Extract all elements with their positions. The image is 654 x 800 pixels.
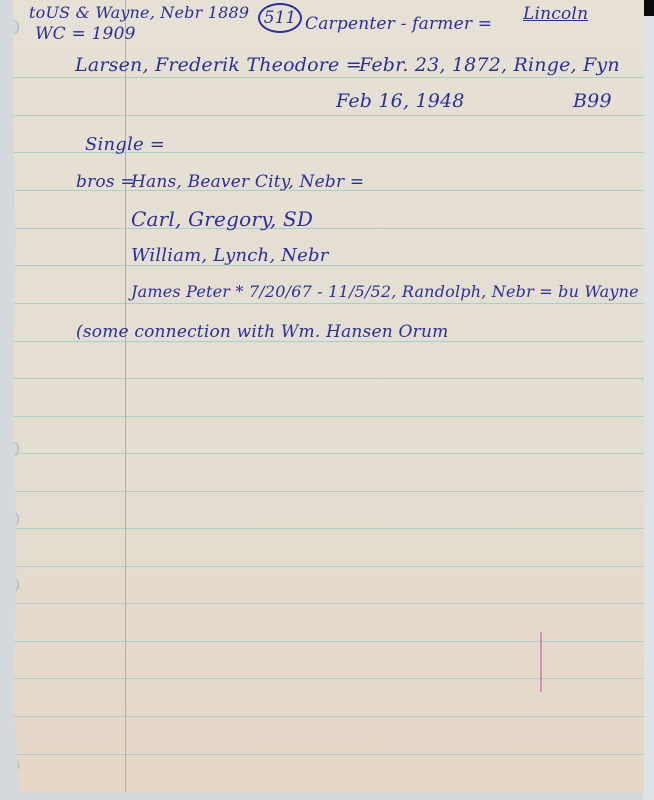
rule-line xyxy=(13,77,644,78)
record-number-circle: 511 xyxy=(258,3,302,33)
rule-line xyxy=(13,528,644,529)
death-date: Feb 16, 1948 xyxy=(336,90,465,112)
rule-line xyxy=(13,603,644,604)
record-number: 511 xyxy=(264,8,296,28)
pink-pen-mark xyxy=(540,632,542,692)
person-name: Larsen, Frederik Theodore = xyxy=(75,54,362,76)
rule-line xyxy=(13,641,644,642)
brother-entry: William, Lynch, Nebr xyxy=(131,245,329,266)
rule-line xyxy=(13,378,644,379)
scanner-background xyxy=(643,16,654,800)
occupation: Carpenter - farmer = xyxy=(305,14,492,34)
rule-line xyxy=(13,453,644,454)
cemetery: Lincoln xyxy=(523,4,588,24)
rule-line xyxy=(13,491,644,492)
connection-note: (some connection with Wm. Hansen Orum xyxy=(76,322,448,342)
binder-hole xyxy=(13,578,19,592)
rule-line xyxy=(13,716,644,717)
brothers-label: bros = xyxy=(76,172,135,192)
rule-line xyxy=(13,678,644,679)
rule-line xyxy=(13,303,644,304)
rule-line xyxy=(13,566,644,567)
binder-hole xyxy=(13,512,19,526)
brother-entry: Carl, Gregory, SD xyxy=(131,207,313,231)
rule-line xyxy=(13,754,644,755)
brother-entry: Hans, Beaver City, Nebr = xyxy=(131,172,364,192)
brother-entry: James Peter * 7/20/67 - 11/5/52, Randolp… xyxy=(131,282,639,301)
rule-line xyxy=(13,228,644,229)
binder-hole xyxy=(13,759,19,773)
rule-line xyxy=(13,115,644,116)
plot-number: B99 xyxy=(573,90,612,112)
margin-line xyxy=(125,0,126,792)
marital-status: Single = xyxy=(85,134,165,155)
binder-hole xyxy=(13,20,19,34)
rule-line xyxy=(13,416,644,417)
residence-note-line1: toUS & Wayne, Nebr 1889 xyxy=(29,3,249,22)
lined-paper-sheet: toUS & Wayne, Nebr 1889 WC = 1909 511 Ca… xyxy=(13,0,644,792)
residence-note-line2: WC = 1909 xyxy=(35,24,136,44)
birth-info: Febr. 23, 1872, Ringe, Fyn xyxy=(359,54,620,76)
